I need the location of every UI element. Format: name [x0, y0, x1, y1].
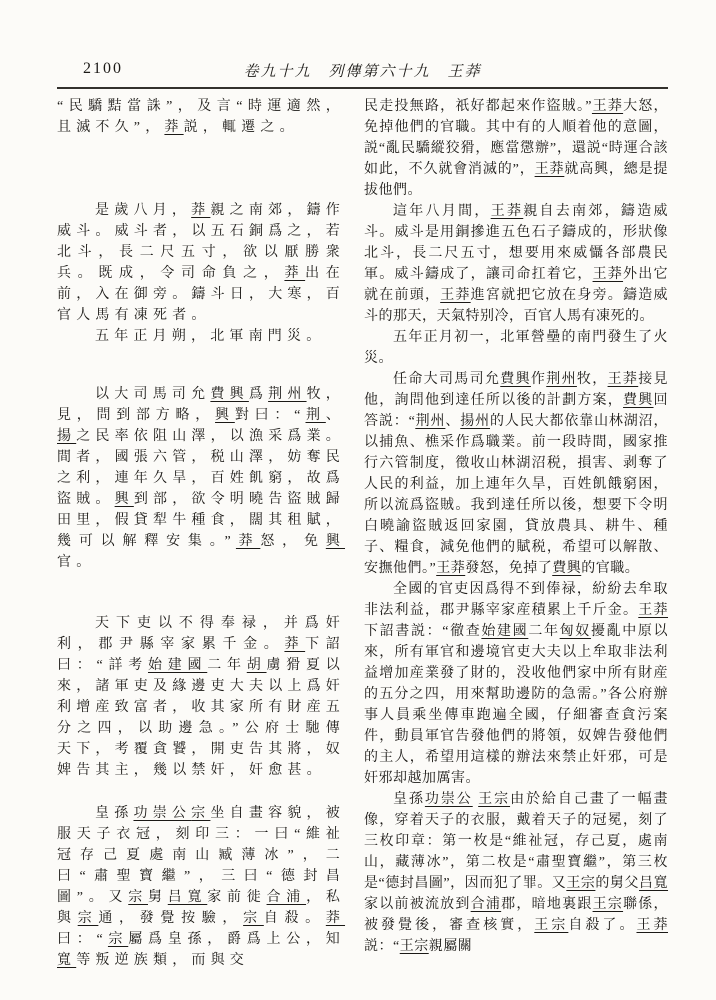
text-run: 擾亂中原以來，所有軍官和邊境官吏大夫以上牟取非法利益增加産業發了財的，没收他們家… [364, 624, 668, 786]
text-run: 郡，暗地裏跟 [501, 897, 592, 912]
proper-name-underline: 合浦 [471, 897, 501, 912]
text-run: 自殺。 [264, 911, 326, 926]
proper-name-underline: 費興 [210, 387, 248, 402]
text-run: 以大司馬司允 [95, 387, 210, 402]
text-run: 、 [326, 408, 345, 423]
paragraph: 以大司馬司允費興爲荆州牧，見，問到部方略，興對曰：“荆、揚之民率依阻山澤，以漁采… [57, 384, 345, 573]
text-run: 家以前被流放到 [364, 897, 471, 912]
proper-name-underline: 吕寬 [639, 876, 668, 891]
paragraph: 任命大司馬司允費興作荆州牧，王莽接見他，詢問他到達任所以後的計劃方案，費興回答説… [364, 369, 668, 579]
proper-name-underline: 吕寬 [168, 890, 208, 905]
text-run: 、 [445, 414, 460, 429]
proper-name-underline: 寬 [57, 953, 76, 968]
proper-name-underline: 荆州 [546, 372, 577, 387]
proper-name-underline: 莽 [284, 637, 305, 652]
text-run: 屬爲皇孫，爵爲上公，知 [128, 932, 345, 947]
text-run: 下詔書説：“徹查 [364, 624, 481, 639]
proper-name-underline: 興 [115, 492, 134, 507]
proper-name-underline: 宗 [191, 806, 210, 821]
translation-text-column: 民走投無路，祇好都起來作盜賊。”王莽大怒，免掉他們的官職。其中有的人順着他的意圖… [364, 96, 668, 957]
proper-name-underline: 王莽 [440, 288, 470, 303]
paragraph: 皇孫功崇公 王宗由於給自己畫了一幅畫像，穿着天子的衣服，戴着天子的冠冕，刻了三枚… [364, 789, 668, 957]
proper-name-underline: 功崇公 [133, 806, 191, 821]
text-run: 全國的官吏因爲得不到俸禄，紛紛去牟取非法利益，郡尹縣宰家産積累上千斤金。 [364, 582, 668, 618]
paragraph: 五年正月初一，北軍營壘的南門發生了火災。 [364, 327, 668, 369]
proper-name-underline: 莽 [164, 120, 183, 135]
paragraph: 這年八月間，王莽親自去南郊，鑄造威斗。威斗是用銅摻進五色石子鑄成的，形狀像北斗，… [364, 201, 668, 327]
classical-text-column: “民驕黠當誅”，及言“時運適然，且滅不久”，莽説，輒遷之。是歲八月，莽親之南郊，… [57, 96, 345, 971]
proper-name-underline: 始建國 [148, 658, 207, 673]
proper-name-underline: 王宗 [400, 939, 429, 954]
proper-name-underline: 宗 [243, 911, 264, 926]
proper-name-underline: 王宗 [534, 918, 568, 933]
running-title: 卷九十九 列傳第六十九 王莽 [57, 60, 668, 81]
paragraph: 民走投無路，祇好都起來作盜賊。”王莽大怒，免掉他們的官職。其中有的人順着他的意圖… [364, 96, 668, 201]
proper-name-underline: 王莽 [636, 918, 668, 933]
text-run: 皇孫 [393, 792, 425, 807]
proper-name-underline: 揚 [57, 429, 76, 444]
proper-name-underline: 宗 [78, 911, 99, 926]
text-run: 這年八月間， [393, 204, 491, 219]
proper-name-underline: 王宗 [478, 792, 510, 807]
proper-name-underline: 宗 [128, 890, 148, 905]
text-run: 説，輒遷之。 [184, 120, 299, 135]
paragraph: 皇孫功崇公宗坐自畫容貌，被服天子衣冠，刻印三：一曰“維祉冠存己夏處南山臧薄冰”，… [57, 803, 345, 971]
text-run: 的人民大都依靠山林湖沼，以捕魚、樵采作爲職業。前一段時間，國家推行六管制度，徵收… [364, 414, 668, 576]
paragraph: 天下吏以不得奉禄，并爲奸利，郡尹縣宰家累千金。莽下詔曰：“詳考始建國二年胡虜猾夏… [57, 613, 345, 781]
text-run: 家前徙 [207, 890, 266, 905]
text-run: 曰：“ [57, 932, 108, 947]
text-run: 任命大司馬司允 [393, 372, 500, 387]
text-run: 的舅父 [595, 876, 639, 891]
text-run: 五年正月初一，北軍營壘的南門發生了火災。 [364, 330, 668, 366]
proper-name-underline: 王莽 [491, 204, 524, 219]
proper-name-underline: 王莽 [436, 561, 465, 576]
text-run: 發怒，免掉了 [465, 561, 552, 576]
proper-name-underline: 王莽 [593, 267, 623, 282]
proper-name-underline: 王莽 [608, 372, 639, 387]
proper-name-underline: 合浦 [267, 890, 307, 905]
text-run: 二年 [207, 658, 247, 673]
page-header: 2100 卷九十九 列傳第六十九 王莽 [57, 58, 668, 82]
text-run: 作 [531, 372, 546, 387]
proper-name-underline: 費興 [552, 561, 581, 576]
text-run: 皇孫 [95, 806, 133, 821]
book-page: 2100 卷九十九 列傳第六十九 王莽 “民驕黠當誅”，及言“時運適然，且滅不久… [0, 0, 716, 1000]
text-run: 民走投無路，祇好都起來作盜賊。” [364, 99, 592, 114]
paragraph: 全國的官吏因爲得不到俸禄，紛紛去牟取非法利益，郡尹縣宰家産積累上千斤金。王莽下詔… [364, 579, 668, 789]
paragraph: “民驕黠當誅”，及言“時運適然，且滅不久”，莽説，輒遷之。 [57, 96, 345, 138]
text-run: 對曰：“ [235, 408, 306, 423]
proper-name-underline: 莽 [236, 534, 260, 549]
proper-name-underline: 揚州 [460, 414, 490, 429]
header-rule [57, 87, 668, 89]
text-run: 舅 [148, 890, 168, 905]
proper-name-underline: 功崇公 [425, 792, 473, 807]
text-run: 的官職。 [581, 561, 639, 576]
proper-name-underline: 匈奴 [560, 624, 591, 639]
text-run: 官。 [57, 555, 95, 570]
proper-name-underline: 王宗 [593, 897, 623, 912]
proper-name-underline: 荆州 [268, 387, 306, 402]
text-run: 牧， [577, 372, 608, 387]
proper-name-underline: 莽 [191, 203, 210, 218]
proper-name-underline: 王莽 [638, 603, 668, 618]
paragraph: 五年正月朔，北軍南門災。 [57, 326, 345, 347]
proper-name-underline: 荆 [306, 408, 326, 423]
text-run: 爲 [249, 387, 268, 402]
proper-name-underline: 王莽 [535, 162, 565, 177]
proper-name-underline: 莽 [326, 911, 345, 926]
text-run: 二年 [528, 624, 559, 639]
text-run: 五年正月朔，北軍南門災。 [95, 329, 325, 344]
text-run: 怒，免 [260, 534, 325, 549]
proper-name-underline: 王莽 [592, 99, 623, 114]
text-run: 通，發覺按驗， [98, 911, 243, 926]
proper-name-underline: 宗 [108, 932, 128, 947]
text-run: 是歲八月， [95, 203, 191, 218]
text-run: 自殺了。 [568, 918, 636, 933]
text-run: 説：“ [364, 939, 400, 954]
text-columns: “民驕黠當誅”，及言“時運適然，且滅不久”，莽説，輒遷之。是歲八月，莽親之南郊，… [57, 96, 668, 971]
text-run: 虜猾夏以來，諸軍吏及緣邊吏大夫以上爲奸利增産致富者，收其家所有財産五分之四，以助… [57, 658, 345, 778]
proper-name-underline: 王宗 [566, 876, 595, 891]
paragraph: 是歲八月，莽親之南郊，鑄作威斗。威斗者，以五石銅爲之，若北斗，長二尺五寸，欲以厭… [57, 200, 345, 326]
proper-name-underline: 費興 [623, 393, 653, 408]
text-run: 等叛逆族類，而與交 [76, 953, 249, 968]
proper-name-underline: 荆州 [415, 414, 445, 429]
proper-name-underline: 費興 [500, 372, 531, 387]
proper-name-underline: 胡 [247, 658, 267, 673]
proper-name-underline: 始建國 [481, 624, 528, 639]
proper-name-underline: 莽 [284, 266, 305, 281]
text-run: 親屬關 [429, 939, 473, 954]
proper-name-underline: 興 [326, 534, 345, 549]
proper-name-underline: 興 [215, 408, 235, 423]
